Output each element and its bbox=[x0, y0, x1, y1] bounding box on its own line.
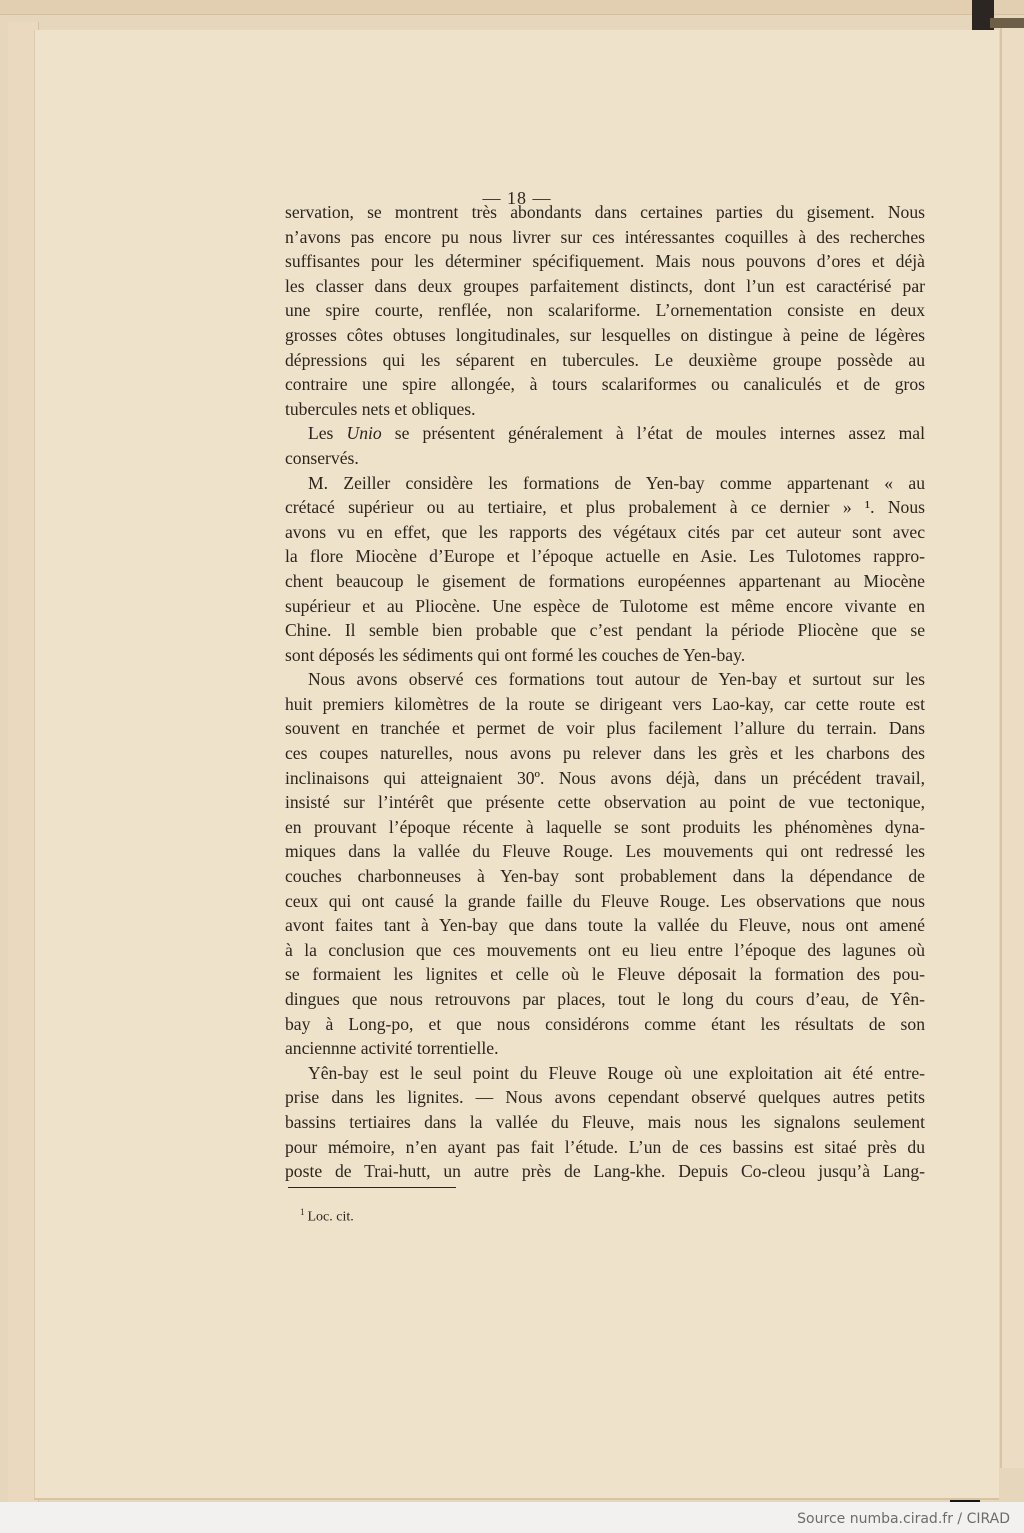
text-line: servation, se montrent très abondants da… bbox=[285, 200, 925, 225]
next-page-edge bbox=[1000, 28, 1024, 1468]
text-line: tubercules nets et obliques. bbox=[285, 397, 925, 422]
text-line: poste de Trai-hutt, un autre près de Lan… bbox=[285, 1159, 925, 1184]
text-line: sont déposés les sédiments qui ont formé… bbox=[285, 643, 925, 668]
binding-clip bbox=[972, 0, 994, 34]
text-line: ceux qui ont causé la grande faille du F… bbox=[285, 889, 925, 914]
text-line: insisté sur l’intérêt que présente cette… bbox=[285, 790, 925, 815]
footnote-text: Loc. cit. bbox=[308, 1210, 354, 1225]
text-line: contraire une spire allongée, à tours sc… bbox=[285, 372, 925, 397]
text-line: dingues que nous retrouvons par places, … bbox=[285, 987, 925, 1012]
text-line: en prouvant l’époque récente à laquelle … bbox=[285, 815, 925, 840]
text-line: avont faites tant à Yen-bay que dans tou… bbox=[285, 913, 925, 938]
text-line: supérieur et au Pliocène. Une espèce de … bbox=[285, 594, 925, 619]
text-line: Nous avons observé ces formations tout a… bbox=[285, 667, 925, 692]
text-line: bay à Long-po, et que nous considérons c… bbox=[285, 1012, 925, 1037]
text-line: les classer dans deux groupes parfaiteme… bbox=[285, 274, 925, 299]
text-line: crétacé supérieur ou au tertiaire, et pl… bbox=[285, 495, 925, 520]
text-line: chent beaucoup le gisement de formations… bbox=[285, 569, 925, 594]
italic-term: Unio bbox=[347, 423, 382, 443]
text-line: Les Unio se présentent généralement à l’… bbox=[285, 421, 925, 446]
text-line: prise dans les lignites. — Nous avons ce… bbox=[285, 1085, 925, 1110]
text-segment: Les bbox=[308, 423, 347, 443]
back-page-top-edge bbox=[0, 0, 1024, 15]
text-segment: se présentent généralement à l’état de m… bbox=[382, 423, 925, 443]
text-line: suffisantes pour les déterminer spécifiq… bbox=[285, 249, 925, 274]
text-line: ces coupes naturelles, nous avons pu rel… bbox=[285, 741, 925, 766]
text-line: anciennne activité torrentielle. bbox=[285, 1036, 925, 1061]
text-line: M. Zeiller considère les formations de Y… bbox=[285, 471, 925, 496]
text-line: à la conclusion que ces mouvements ont e… bbox=[285, 938, 925, 963]
text-line: Chine. Il semble bien probable que c’est… bbox=[285, 618, 925, 643]
body-text: servation, se montrent très abondants da… bbox=[285, 200, 925, 1184]
text-line: pour mémoire, n’en ayant pas fait l’étud… bbox=[285, 1135, 925, 1160]
footnote-marker: 1 bbox=[300, 1207, 305, 1217]
text-line: avons vu en effet, que les rapports des … bbox=[285, 520, 925, 545]
text-line: conservés. bbox=[285, 446, 925, 471]
text-line: se formaient les lignites et celle où le… bbox=[285, 962, 925, 987]
text-line: une spire courte, renflée, non scalarifo… bbox=[285, 298, 925, 323]
source-caption: Source numba.cirad.fr / CIRAD bbox=[797, 1511, 1010, 1527]
text-line: n’avons pas encore pu nous livrer sur ce… bbox=[285, 225, 925, 250]
text-line: bassins tertiaires dans la vallée du Fle… bbox=[285, 1110, 925, 1135]
footnote: 1Loc. cit. bbox=[300, 1207, 354, 1226]
text-line: Yên-bay est le seul point du Fleuve Roug… bbox=[285, 1061, 925, 1086]
text-line: la flore Miocène d’Europe et l’époque ac… bbox=[285, 544, 925, 569]
text-line: couches charbonneuses à Yen-bay sont pro… bbox=[285, 864, 925, 889]
text-line: grosses côtes obtuses longitudinales, su… bbox=[285, 323, 925, 348]
text-line: miques dans la vallée du Fleuve Rouge. L… bbox=[285, 839, 925, 864]
text-line: dépressions qui les séparent en tubercul… bbox=[285, 348, 925, 373]
footnote-rule bbox=[288, 1187, 456, 1188]
text-line: souvent en tranchée et permet de voir pl… bbox=[285, 716, 925, 741]
text-line: huit premiers kilomètres de la route se … bbox=[285, 692, 925, 717]
binding-bar bbox=[990, 18, 1024, 28]
text-line: inclinaisons qui atteignaient 30º. Nous … bbox=[285, 766, 925, 791]
